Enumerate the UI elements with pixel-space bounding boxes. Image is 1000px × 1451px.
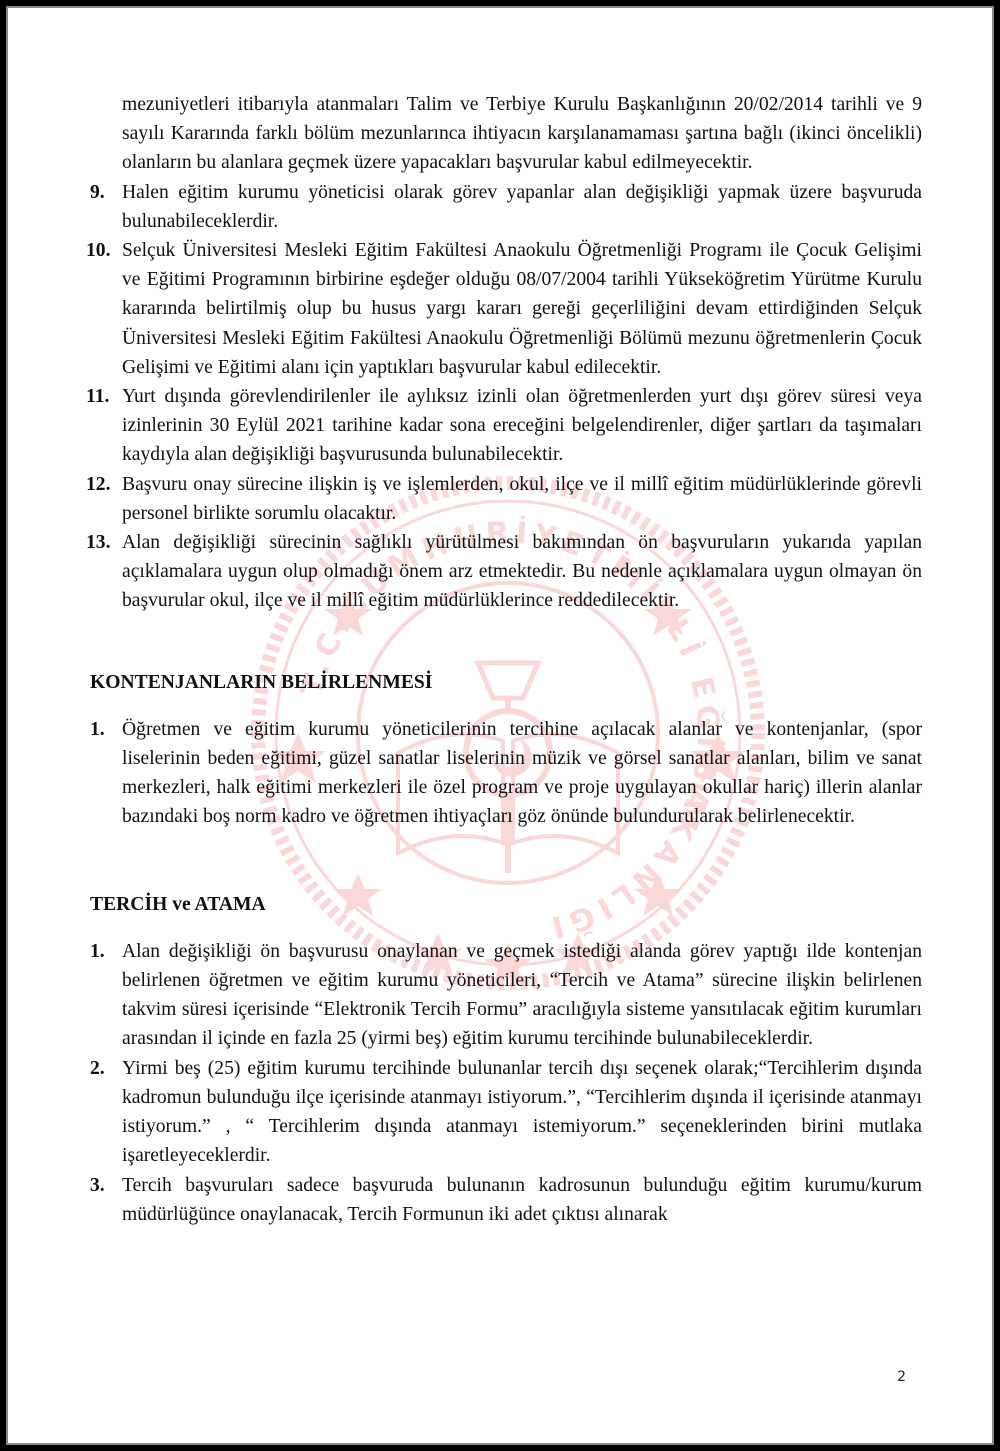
paragraph-continuation: mezuniyetleri itibarıyla atanmaları Tali… (86, 90, 922, 178)
list-number: 12. (86, 470, 122, 528)
list-item-11: 11. Yurt dışında görevlendirilenler ile … (86, 382, 922, 470)
page-number: 2 (897, 1369, 906, 1385)
list-item: 1. Alan değişikliği ön başvurusu onaylan… (86, 937, 922, 1054)
list-text: Başvuru onay sürecine ilişkin iş ve işle… (122, 470, 922, 528)
list-item-12: 12. Başvuru onay sürecine ilişkin iş ve … (86, 470, 922, 528)
list-text: Selçuk Üniversitesi Mesleki Eğitim Fakül… (122, 236, 922, 382)
list-item-10: 10. Selçuk Üniversitesi Mesleki Eğitim F… (86, 236, 922, 382)
list-number: 9. (86, 178, 122, 236)
list-number: 13. (86, 528, 122, 616)
list-text: Tercih başvuruları sadece başvuruda bulu… (122, 1171, 922, 1229)
list-number: 2. (86, 1054, 122, 1171)
list-text: Alan değişikliği ön başvurusu onaylanan … (122, 937, 922, 1054)
list-number: 1. (86, 937, 122, 1054)
document-body: mezuniyetleri itibarıyla atanmaları Tali… (86, 90, 922, 1229)
list-text: Yurt dışında görevlendirilenler ile aylı… (122, 382, 922, 470)
list-number: 10. (86, 236, 122, 382)
list-item: 2. Yirmi beş (25) eğitim kurumu tercihin… (86, 1054, 922, 1171)
list-text: Halen eğitim kurumu yöneticisi olarak gö… (122, 178, 922, 236)
list-number: 11. (86, 382, 122, 470)
section-heading-tercih-atama: TERCİH ve ATAMA (86, 890, 922, 919)
list-number: 1. (86, 715, 122, 832)
list-item-13: 13. Alan değişikliği sürecinin sağlıklı … (86, 528, 922, 616)
document-page: T.C.CUMHURİYETİ MİLLİ EĞİTİM BAKANLIĞI m… (6, 6, 994, 1445)
list-text: Öğretmen ve eğitim kurumu yöneticilerini… (122, 715, 922, 832)
list-text: Alan değişikliği sürecinin sağlıklı yürü… (122, 528, 922, 616)
list-number: 3. (86, 1171, 122, 1229)
list-item: 3. Tercih başvuruları sadece başvuruda b… (86, 1171, 922, 1229)
list-text: Yirmi beş (25) eğitim kurumu tercihinde … (122, 1054, 922, 1171)
section-heading-kontenjan: KONTENJANLARIN BELİRLENMESİ (86, 668, 922, 697)
list-item: 1. Öğretmen ve eğitim kurumu yöneticiler… (86, 715, 922, 832)
list-item-9: 9. Halen eğitim kurumu yöneticisi olarak… (86, 178, 922, 236)
